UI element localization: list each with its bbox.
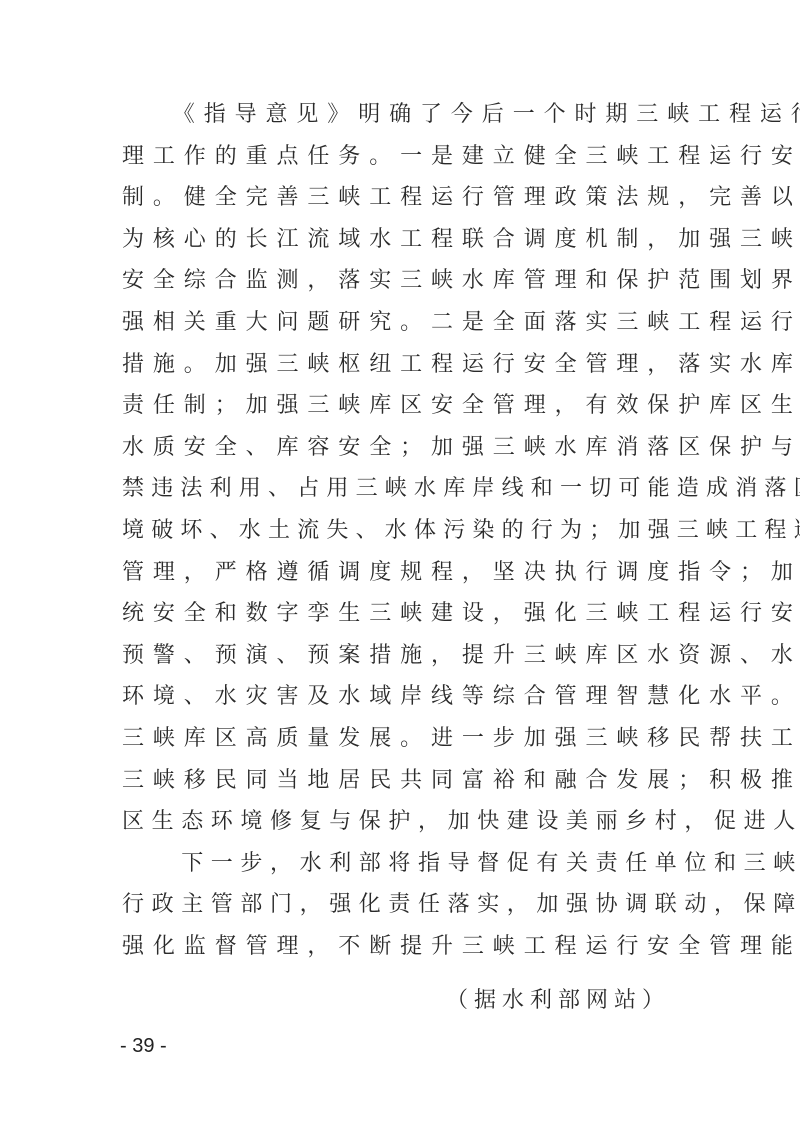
text-line: 理工作的重点任务。一是建立健全三峡工程运行安全长效机: [122, 140, 682, 174]
text-line: 制。健全完善三峡工程运行管理政策法规，完善以三峡工程: [122, 181, 682, 215]
document-page: 《指导意见》明确了今后一个时期三峡工程运行安全管 理工作的重点任务。一是建立健全…: [0, 0, 800, 1131]
source-attribution: （据水利部网站）: [446, 984, 670, 1018]
text-line: 禁违法利用、占用三峡水库岸线和一切可能造成消落区生态环: [122, 472, 682, 506]
text-line: 为核心的长江流域水工程联合调度机制，加强三峡工程运行: [122, 223, 682, 257]
text-line: 三峡移民同当地居民共同富裕和融合发展；积极推进三峡库: [122, 764, 682, 798]
text-line: 管理，严格遵循调度规程，坚决执行调度指令；加强信息系: [122, 556, 682, 590]
text-line: 安全综合监测，落实三峡水库管理和保护范围划界确权，加: [122, 264, 682, 298]
text-line: 环境、水灾害及水域岸线等综合管理智慧化水平。三是推进: [122, 680, 682, 714]
text-line: 三峡库区高质量发展。进一步加强三峡移民帮扶工作，促进: [122, 722, 682, 756]
text-line: 下一步，水利部将指导督促有关责任单位和三峡库区各级水: [122, 847, 682, 881]
text-line: 行政主管部门，强化责任落实，加强协调联动，保障资金投入，: [122, 888, 682, 922]
text-line: 强相关重大问题研究。二是全面落实三峡工程运行安全管理: [122, 306, 682, 340]
text-line: 区生态环境修复与保护，加快建设美丽乡村，促进人水和谐。: [122, 805, 682, 839]
text-line: 水质安全、库容安全；加强三峡水库消落区保护与管理，严: [122, 431, 682, 465]
text-line: 境破坏、水土流失、水体污染的行为；加强三峡工程运行调度: [122, 514, 682, 548]
text-line: 措施。加强三峡枢纽工程运行安全管理，落实水库大坝安全: [122, 348, 682, 382]
text-line: 强化监督管理，不断提升三峡工程运行安全管理能力和水平。: [122, 930, 682, 964]
page-number: - 39 -: [120, 1035, 167, 1058]
text-line: 预警、预演、预案措施，提升三峡库区水资源、水生态、水: [122, 639, 682, 673]
text-line: 统安全和数字孪生三峡建设，强化三峡工程运行安全预报、: [122, 597, 682, 631]
text-line: 《指导意见》明确了今后一个时期三峡工程运行安全管: [122, 98, 682, 132]
text-line: 责任制；加强三峡库区安全管理，有效保护库区生态环境和: [122, 389, 682, 423]
